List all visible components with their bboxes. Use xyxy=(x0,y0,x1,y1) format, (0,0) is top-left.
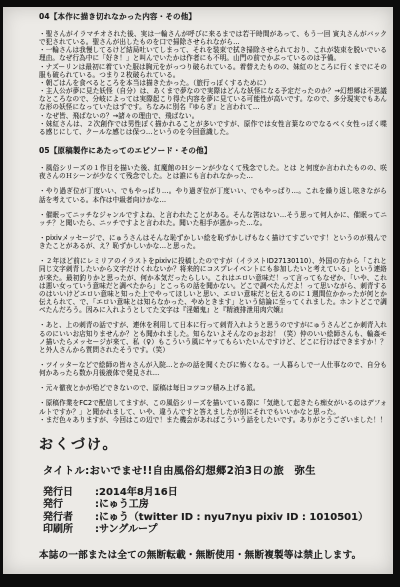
colophon-label: 発行 xyxy=(43,499,95,512)
colophon-value: :サングループ xyxy=(95,524,158,537)
bullet-item: ・主人公が夢に見た妖怪（自分）は、あくまで夢なので実際はどんな妖怪になる予定だっ… xyxy=(39,87,387,111)
scanned-page: 04【本作に描き切れなかった内容・その他】 ・聖さんがイラマチオされた後、実は一… xyxy=(0,0,400,587)
section04-header: 04【本作に描き切れなかった内容・その他】 xyxy=(39,11,387,22)
bullet-item: ・なぜ皆、飛ばないの？→諸々の理由で、飛ばない。 xyxy=(39,112,387,120)
section05-bullets: ・風俗シリーズの１作目を描いた後、紅魔館のＨシーンが少なくて残念でした。とは と… xyxy=(39,164,387,424)
colophon-value: :にゅう工房 xyxy=(95,499,149,512)
colophon-row-printer: 印刷所:サングループ xyxy=(43,524,387,537)
bullet-item: ・妹紅さんは、２次創作では男性ぽく描かれることが多いですが、原作では女性言葉なの… xyxy=(39,120,387,136)
bullet-item: ・ナズーリンは最初に着ていた服は胸元をがっつり破られている。着替えたものの、妹紅… xyxy=(39,63,387,79)
colophon: 発行日:2014年8月16日 発行:にゅう工房 発行者:にゅう（twitter … xyxy=(43,487,387,537)
bullet-item: ・あと、上の刺青の話ですが、連休を利用して日本に行って刺青入れようと思うのですが… xyxy=(39,321,387,354)
colophon-label: 発行者 xyxy=(43,512,95,525)
bullet-item: ・一輪さんは我慢してるけど結局吐いてしまって、それを装束で拭き掃除させられており… xyxy=(39,46,387,62)
section05-header: 05【原稿製作にあたってのエピソード・その他】 xyxy=(39,145,387,156)
colophon-row-author: 発行者:にゅう（twitter ID : nyu7nyu pixiv ID : … xyxy=(43,512,387,525)
colophon-label: 印刷所 xyxy=(43,524,95,537)
bullet-item: ・朝ごはんを食べるところを本当は描きたかった。（旅行っぽくするために） xyxy=(39,79,387,87)
bullet-item: ・原稿作業をFC2で配信してますが、この風俗シリーズを描いている際に「気絶して起… xyxy=(39,399,387,415)
colophon-label: 発行日 xyxy=(43,487,95,500)
colophon-value: :にゅう（twitter ID : nyu7nyu pixiv ID : 101… xyxy=(95,512,368,525)
book-title: タイトル:おいでませ!!自由風俗幻想郷2泊3日の旅 弥生 xyxy=(43,462,387,477)
section-gap xyxy=(39,136,387,145)
bullet-item: ・やり過ぎ位が丁度いい、でもやっぱり…。やり過ぎ位が丁度いい、でもやっぱり…。こ… xyxy=(39,187,387,203)
afterword-content: 04【本作に描き切れなかった内容・その他】 ・聖さんがイラマチオされた後、実は一… xyxy=(39,11,387,572)
bullet-item: ・まだ色々ありますが、今回はこの辺で！また機会があればこういう話をしたいです。あ… xyxy=(39,416,387,424)
bullet-item: ・pixivメッセージで、にゅうさんはそんな恥ずかしい絵を恥ずかしげもなく描けて… xyxy=(39,234,387,250)
bullet-item: ・風俗シリーズの１作目を描いた後、紅魔館のＨシーンが少なくて残念でした。とは と… xyxy=(39,164,387,180)
paper: 04【本作に描き切れなかった内容・その他】 ・聖さんがイラマチオされた後、実は一… xyxy=(3,7,393,574)
colophon-row-publish-date: 発行日:2014年8月16日 xyxy=(43,487,387,500)
bullet-item: ・催眠ってニッチなジャンルですよね、と言われたことがある。そんな筈はない…そう思… xyxy=(39,211,387,227)
colophon-value: :2014年8月16日 xyxy=(95,487,178,500)
bullet-item: ・ツイッターなどで絵師の皆々さんが入院…とかの話を聞くたびに怖くなる。一人暮らし… xyxy=(39,361,387,377)
colophon-row-publisher-circle: 発行:にゅう工房 xyxy=(43,499,387,512)
copyright-notice: 本誌の一部または全ての無断転載・無断使用・無断複製等は禁止します。 xyxy=(39,547,387,561)
bullet-item: ・聖さんがイラマチオされた後、実は一輪さんが呼びに来るまでは若干時間があって、も… xyxy=(39,30,387,46)
okuzuke-heading: おくづけ。 xyxy=(39,434,387,454)
bullet-item: ・２年ほど前にレミリアのイラストをpixivに投稿したのですが（イラストID27… xyxy=(39,257,387,314)
section04-bullets: ・聖さんがイラマチオされた後、実は一輪さんが呼びに来るまでは若干時間があって、も… xyxy=(39,30,387,136)
bullet-item: ・元々徹夜とかが殆どできないので、原稿は毎日コツコツ積み上げる派。 xyxy=(39,384,387,392)
